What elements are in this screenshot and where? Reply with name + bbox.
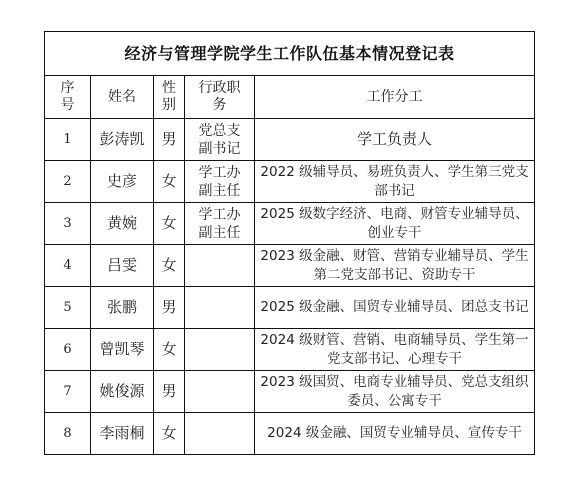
table-row: 6 曾凯琴 女 2024 级财管、营销、电商辅导员、学生第一党支部书记、心理专干 bbox=[45, 329, 535, 371]
row-name: 吕雯 bbox=[91, 245, 154, 287]
row-position-line2: 副主任 bbox=[187, 182, 252, 200]
row-position: 党总支 副书记 bbox=[185, 119, 255, 161]
row-position-line2: 副主任 bbox=[187, 224, 252, 242]
row-gender: 女 bbox=[154, 245, 185, 287]
row-number: 8 bbox=[45, 413, 91, 455]
header-position-line2: 务 bbox=[187, 97, 252, 114]
row-position-line1: 学工办 bbox=[187, 206, 252, 224]
header-number-line1: 序 bbox=[47, 80, 88, 97]
row-gender: 女 bbox=[154, 413, 185, 455]
row-position bbox=[185, 245, 255, 287]
header-row: 序 号 姓名 性 别 行政职 务 工作分工 bbox=[45, 76, 535, 119]
row-name: 李雨桐 bbox=[91, 413, 154, 455]
row-position bbox=[185, 287, 255, 329]
header-position: 行政职 务 bbox=[185, 76, 255, 119]
row-name: 彭涛凯 bbox=[91, 119, 154, 161]
row-duty: 2023 级金融、财管、营销专业辅导员、学生第二党支部书记、资助专干 bbox=[255, 245, 535, 287]
row-position bbox=[185, 371, 255, 413]
row-name: 黄婉 bbox=[91, 203, 154, 245]
row-duty: 2024 级金融、国贸专业辅导员、宣传专干 bbox=[255, 413, 535, 455]
table-row: 8 李雨桐 女 2024 级金融、国贸专业辅导员、宣传专干 bbox=[45, 413, 535, 455]
row-name: 曾凯琴 bbox=[91, 329, 154, 371]
row-duty: 2022 级辅导员、易班负责人、学生第三党支部书记 bbox=[255, 161, 535, 203]
document-title: 经济与管理学院学生工作队伍基本情况登记表 bbox=[45, 32, 535, 76]
row-name: 姚俊源 bbox=[91, 371, 154, 413]
header-gender-line2: 别 bbox=[156, 97, 182, 114]
row-duty: 2023 级国贸、电商专业辅导员、党总支组织委员、公寓专干 bbox=[255, 371, 535, 413]
row-gender: 女 bbox=[154, 329, 185, 371]
row-duty: 2025 级数字经济、电商、财管专业辅导员、创业专干 bbox=[255, 203, 535, 245]
table-row: 2 史彦 女 学工办 副主任 2022 级辅导员、易班负责人、学生第三党支部书记 bbox=[45, 161, 535, 203]
row-gender: 男 bbox=[154, 287, 185, 329]
row-position-line2: 副书记 bbox=[187, 140, 252, 158]
row-number: 7 bbox=[45, 371, 91, 413]
row-gender: 男 bbox=[154, 371, 185, 413]
header-gender-line1: 性 bbox=[156, 80, 182, 97]
row-position bbox=[185, 413, 255, 455]
row-gender: 女 bbox=[154, 161, 185, 203]
header-number: 序 号 bbox=[45, 76, 91, 119]
row-number: 1 bbox=[45, 119, 91, 161]
row-number: 5 bbox=[45, 287, 91, 329]
row-number: 3 bbox=[45, 203, 91, 245]
row-gender: 女 bbox=[154, 203, 185, 245]
row-duty: 2024 级财管、营销、电商辅导员、学生第一党支部书记、心理专干 bbox=[255, 329, 535, 371]
title-row: 经济与管理学院学生工作队伍基本情况登记表 bbox=[45, 32, 535, 76]
header-position-line1: 行政职 bbox=[187, 80, 252, 97]
table-row: 1 彭涛凯 男 党总支 副书记 学工负责人 bbox=[45, 119, 535, 161]
header-duty: 工作分工 bbox=[255, 76, 535, 119]
header-gender: 性 别 bbox=[154, 76, 185, 119]
row-name: 张鹏 bbox=[91, 287, 154, 329]
header-name: 姓名 bbox=[91, 76, 154, 119]
row-position-line1: 学工办 bbox=[187, 164, 252, 182]
header-number-line2: 号 bbox=[47, 97, 88, 114]
row-position: 学工办 副主任 bbox=[185, 161, 255, 203]
row-gender: 男 bbox=[154, 119, 185, 161]
row-number: 6 bbox=[45, 329, 91, 371]
row-position bbox=[185, 329, 255, 371]
table-row: 5 张鹏 男 2025 级金融、国贸专业辅导员、团总支书记 bbox=[45, 287, 535, 329]
row-duty: 学工负责人 bbox=[255, 119, 535, 161]
row-duty: 2025 级金融、国贸专业辅导员、团总支书记 bbox=[255, 287, 535, 329]
row-position-line1: 党总支 bbox=[187, 122, 252, 140]
row-number: 4 bbox=[45, 245, 91, 287]
registration-table: 经济与管理学院学生工作队伍基本情况登记表 序 号 姓名 性 别 行政职 务 工作… bbox=[44, 31, 535, 455]
row-number: 2 bbox=[45, 161, 91, 203]
table-row: 7 姚俊源 男 2023 级国贸、电商专业辅导员、党总支组织委员、公寓专干 bbox=[45, 371, 535, 413]
row-position: 学工办 副主任 bbox=[185, 203, 255, 245]
table-row: 3 黄婉 女 学工办 副主任 2025 级数字经济、电商、财管专业辅导员、创业专… bbox=[45, 203, 535, 245]
row-name: 史彦 bbox=[91, 161, 154, 203]
table-row: 4 吕雯 女 2023 级金融、财管、营销专业辅导员、学生第二党支部书记、资助专… bbox=[45, 245, 535, 287]
